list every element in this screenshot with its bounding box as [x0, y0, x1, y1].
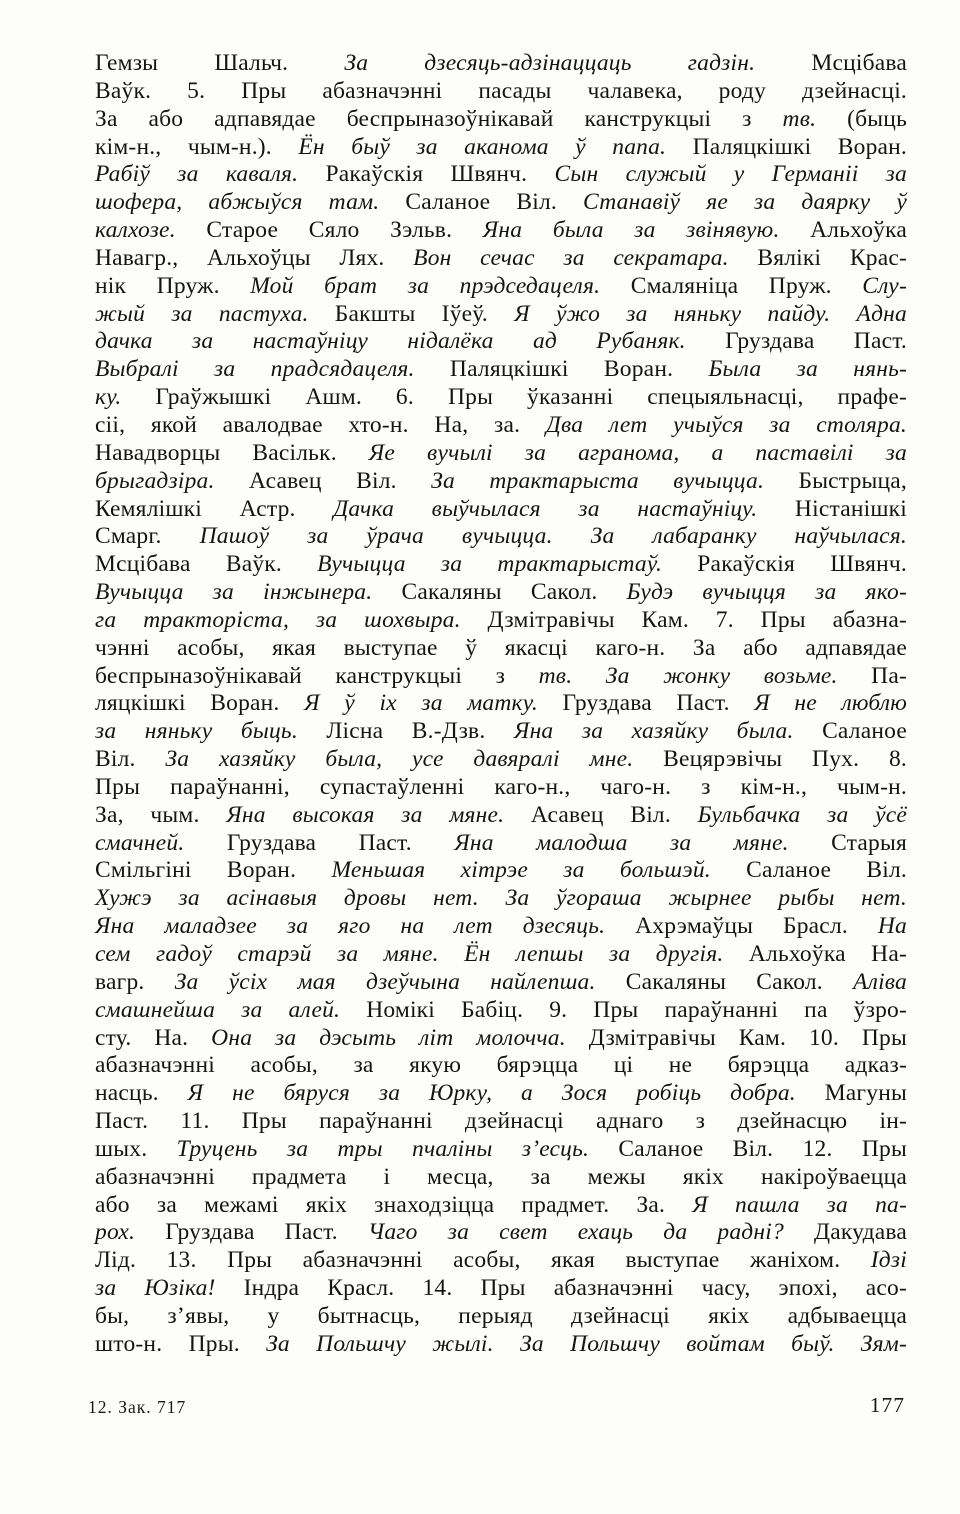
body-text: чэнні асобы, якая выступае ў якасці каго…: [95, 635, 907, 661]
example-text: За Польшчу жылі. За Польшчу войтам быў. …: [266, 1331, 907, 1357]
example-text: сем гадоў старэй за мяне. Ён лепшы за др…: [95, 941, 723, 967]
body-text: вагр.: [95, 969, 175, 995]
body-text: Дзмітравічы Кам. 7. Пры абазна-: [461, 607, 907, 633]
example-text: жый за пастуха.: [95, 301, 309, 327]
text-line: Навадворцы Васільк. Яе вучылі за аграном…: [95, 440, 907, 468]
body-text: Ракаўскія Швянч.: [662, 551, 907, 577]
body-text: што-н. Пры.: [95, 1331, 266, 1357]
body-text: шых.: [95, 1136, 177, 1162]
body-text: сту. На.: [95, 1025, 211, 1051]
body-text: Саланое: [794, 718, 907, 744]
text-line: Хужэ за асінавыя дровы нет. За ўгораша ж…: [95, 885, 907, 913]
body-text: Сакаляны Сакол.: [596, 969, 854, 995]
body-text: Індра Красл. 14. Пры абазначэнні часу, э…: [216, 1275, 907, 1301]
text-line: жый за пастуха. Бакшты Іўеў. Я ўжо за ня…: [95, 301, 907, 329]
example-text: Яна малодша за мяне.: [454, 830, 788, 856]
text-line: дачка за настаўніцу нідалёка ад Рубаняк.…: [95, 328, 907, 356]
text-line: кім-н., чым-н.). Ён быў за аканома ў пап…: [95, 134, 907, 162]
body-text: абазначэнні асобы, за якую бярэцца ці не…: [95, 1052, 907, 1078]
body-text: Мсцібава: [755, 50, 907, 76]
text-line: абазначэнні прадмета і месца, за межы як…: [95, 1164, 907, 1192]
text-line: нік Пруж. Мой брат за прэдседацеля. Смал…: [95, 273, 907, 301]
example-text: Меньшая хітрэе за большэй.: [331, 857, 710, 883]
body-text: Альхоўка На-: [723, 941, 907, 967]
example-text: брыгадзіра.: [95, 468, 215, 494]
text-line: За, чым. Яна высокая за мяне. Асавец Віл…: [95, 802, 907, 830]
text-line: Гемзы Шальч. За дзесяць-адзінаццаць гадз…: [95, 50, 907, 78]
example-text: За ўсіх мая дзеўчына найлепша.: [175, 969, 596, 995]
example-text: Хужэ за асінавыя дровы нет. За ўгораша ж…: [95, 885, 907, 911]
body-text: Ахрэмаўцы Брасл.: [605, 913, 878, 939]
example-text: Дачка выўчылася за настаўніцу.: [333, 496, 757, 522]
body-text: Пры параўнанні, супастаўленні каго-н., ч…: [95, 774, 907, 800]
text-line: беспрыназоўнікавай канструкцыі з тв. За …: [95, 663, 907, 691]
printers-mark: 12. Зак. 717: [88, 1397, 186, 1418]
text-line: рох. Груздава Паст. Чаго за свет ехаць д…: [95, 1219, 907, 1247]
body-text: Саланое Віл.: [379, 189, 583, 215]
body-text: За або адпавядае беспрыназоўнікавай канс…: [95, 106, 783, 132]
body-text: Навадворцы Васільк.: [95, 440, 369, 466]
body-text: Вецярэвічы Пух. 8.: [633, 746, 907, 772]
body-text: Лід. 13. Пры абазначэнні асобы, якая выс…: [95, 1247, 871, 1273]
example-text: Будэ вучыцця за яко-: [627, 579, 907, 605]
body-text: Гемзы Шальч.: [95, 50, 344, 76]
example-text: Станавіў яе за даярку ў: [583, 189, 907, 215]
example-text: тв.: [783, 106, 817, 132]
example-text: смашнейша за алей.: [95, 997, 340, 1023]
body-text: бы, з’явы, у бытнасць, перыяд дзейнасці …: [95, 1303, 907, 1329]
body-text: Ваўк. 5. Пры абазначэнні пасады чалавека…: [95, 78, 907, 104]
body-text: Вялікі Крас-: [729, 245, 907, 271]
example-text: га тракторіста, за шохвыра.: [95, 607, 461, 633]
text-line: За або адпавядае беспрыназоўнікавай канс…: [95, 106, 907, 134]
text-line: Пры параўнанні, супастаўленні каго-н., ч…: [95, 774, 907, 802]
body-text: Номікі Бабіц. 9. Пры параўнанні па ўзро-: [340, 997, 907, 1023]
page-footer: 12. Зак. 717 177: [88, 1393, 905, 1423]
example-text: Два лет учыўся за столяра.: [546, 412, 907, 438]
example-text: Слу-: [862, 273, 907, 299]
text-line: Паст. 11. Пры параўнанні дзейнасці аднаг…: [95, 1108, 907, 1136]
example-text: Мой брат за прэдседацеля.: [250, 273, 600, 299]
body-text: сіі, якой авалодвае хто-н. На, за.: [95, 412, 546, 438]
example-text: Яна за хазяйку была.: [514, 718, 794, 744]
text-line: Смарг. Пашоў за ўрача вучыцца. За лабара…: [95, 523, 907, 551]
example-text: За дзесяць-адзінаццаць гадзін.: [344, 50, 755, 76]
body-text: Саланое Віл.: [711, 857, 907, 883]
body-text: За, чым.: [95, 802, 226, 828]
example-text: На: [878, 913, 907, 939]
example-text: Вучыцца за трактарыстаў.: [317, 551, 662, 577]
example-text: Рабіў за каваля.: [95, 161, 298, 187]
text-line: смашнейша за алей. Номікі Бабіц. 9. Пры …: [95, 997, 907, 1025]
body-text: Смаляніца Пруж.: [600, 273, 862, 299]
body-text: Кемялішкі Астр.: [95, 496, 333, 522]
example-text: Пашоў за ўрача вучыцца. За лабаранку наў…: [200, 523, 907, 549]
example-text: ку.: [95, 384, 121, 410]
text-line: ляцкішкі Воран. Я ў іх за матку. Груздав…: [95, 690, 907, 718]
text-line: Смільгіні Воран. Меньшая хітрэе за больш…: [95, 857, 907, 885]
book-page: Гемзы Шальч. За дзесяць-адзінаццаць гадз…: [0, 0, 960, 1514]
example-text: Ён быў за аканома ў папа.: [298, 134, 666, 160]
body-text: Ракаўскія Швянч.: [298, 161, 554, 187]
text-line: насць. Я не бяруся за Юрку, а Зося робіц…: [95, 1080, 907, 1108]
body-text: Груздава Паст.: [538, 690, 754, 716]
body-text: Мсцібава Ваўк.: [95, 551, 317, 577]
text-line: Яна маладзее за яго на лет дзесяць. Ахрэ…: [95, 913, 907, 941]
example-text: За трактарыста вучыцца.: [431, 468, 764, 494]
text-line: га тракторіста, за шохвыра. Дзмітравічы …: [95, 607, 907, 635]
example-text: Я не люблю: [754, 690, 907, 716]
body-text: Магуны: [796, 1080, 907, 1106]
text-line: сіі, якой авалодвае хто-н. На, за. Два л…: [95, 412, 907, 440]
body-text: Віл.: [95, 746, 165, 772]
body-text: кім-н., чым-н.).: [95, 134, 298, 160]
text-line: або за межамі якіх знаходзіцца прадмет. …: [95, 1192, 907, 1220]
text-line: вагр. За ўсіх мая дзеўчына найлепша. Сак…: [95, 969, 907, 997]
example-text: рох.: [95, 1219, 135, 1245]
body-text: абазначэнні прадмета і месца, за межы як…: [95, 1164, 907, 1190]
body-text: Паляцкішкі Воран.: [666, 134, 907, 160]
example-text: калхозе.: [95, 217, 176, 243]
example-text: Чаго за свет ехаць да радні?: [368, 1219, 784, 1245]
example-text: Выбралі за прадсядацеля.: [95, 356, 415, 382]
body-text: Груздава Паст.: [135, 1219, 368, 1245]
body-text: Дакудава: [784, 1219, 907, 1245]
body-text: Бакшты Іўеў.: [309, 301, 515, 327]
page-number: 177: [870, 1393, 905, 1418]
text-line: шых. Труцень за тры пчаліны з’есць. Сала…: [95, 1136, 907, 1164]
body-text: насць.: [95, 1080, 188, 1106]
text-line: брыгадзіра. Асавец Віл. За трактарыста в…: [95, 468, 907, 496]
text-line: ку. Граўжышкі Ашм. 6. Пры ўказанні спецы…: [95, 384, 907, 412]
text-line: за няньку быць. Лісна В.-Дзв. Яна за хаз…: [95, 718, 907, 746]
text-line: Навагр., Альхоўцы Лях. Вон сечас за секр…: [95, 245, 907, 273]
text-line: сту. На. Она за дэсыть літ молочча. Дзмі…: [95, 1025, 907, 1053]
example-text: Яна маладзее за яго на лет дзесяць.: [95, 913, 605, 939]
example-text: тв. За жонку возьме.: [539, 663, 838, 689]
example-text: Аліва: [853, 969, 907, 995]
text-line: што-н. Пры. За Польшчу жылі. За Польшчу …: [95, 1331, 907, 1359]
example-text: Ідзі: [871, 1247, 907, 1273]
example-text: Яна была за звінявую.: [483, 217, 780, 243]
body-text: Ністанішкі: [757, 496, 907, 522]
text-line: Лід. 13. Пры абазначэнні асобы, якая выс…: [95, 1247, 907, 1275]
example-text: Труцень за тры пчаліны з’есць.: [177, 1136, 589, 1162]
body-text: Граўжышкі Ашм. 6. Пры ўказанні спецыяльн…: [121, 384, 907, 410]
example-text: дачка за настаўніцу нідалёка ад Рубаняк.: [95, 328, 686, 354]
body-text: ляцкішкі Воран.: [95, 690, 304, 716]
body-text: Смарг.: [95, 523, 200, 549]
text-line: Віл. За хазяйку была, усе давяралі мне. …: [95, 746, 907, 774]
text-line: шофера, абжыўся там. Саланое Віл. Станав…: [95, 189, 907, 217]
text-line: Мсцібава Ваўк. Вучыцца за трактарыстаў. …: [95, 551, 907, 579]
body-text: Саланое Віл. 12. Пры: [589, 1136, 907, 1162]
example-text: За хазяйку была, усе давяралі мне.: [165, 746, 633, 772]
text-line: Кемялішкі Астр. Дачка выўчылася за наста…: [95, 496, 907, 524]
text-line: Рабіў за каваля. Ракаўскія Швянч. Сын сл…: [95, 161, 907, 189]
body-text: Сакаляны Сакол.: [372, 579, 626, 605]
example-text: смачней.: [95, 830, 184, 856]
text-line: сем гадоў старэй за мяне. Ён лепшы за др…: [95, 941, 907, 969]
text-block: Гемзы Шальч. За дзесяць-адзінаццаць гадз…: [95, 50, 907, 1359]
text-line: абазначэнні асобы, за якую бярэцца ці не…: [95, 1052, 907, 1080]
text-line: смачней. Груздава Паст. Яна малодша за м…: [95, 830, 907, 858]
example-text: Вучыцца за інжынера.: [95, 579, 372, 605]
body-text: або за межамі якіх знаходзіцца прадмет. …: [95, 1192, 692, 1218]
example-text: Бульбачка за ўсё: [698, 802, 907, 828]
body-text: Лісна В.-Дзв.: [298, 718, 514, 744]
text-line: чэнні асобы, якая выступае ў якасці каго…: [95, 635, 907, 663]
body-text: Быстрыца,: [764, 468, 907, 494]
example-text: Вон сечас за секратара.: [413, 245, 729, 271]
body-text: Паст. 11. Пры параўнанні дзейнасці аднаг…: [95, 1108, 907, 1134]
example-text: Была за нянь-: [708, 356, 907, 382]
body-text: Навагр., Альхоўцы Лях.: [95, 245, 413, 271]
body-text: Асавец Віл.: [215, 468, 432, 494]
text-line: Вучыцца за інжынера. Сакаляны Сакол. Буд…: [95, 579, 907, 607]
body-text: Старыя: [789, 830, 907, 856]
text-line: Выбралі за прадсядацеля. Паляцкішкі Вора…: [95, 356, 907, 384]
body-text: Альхоўка: [780, 217, 907, 243]
body-text: Смільгіні Воран.: [95, 857, 331, 883]
text-line: калхозе. Старое Сяло Зэльв. Яна была за …: [95, 217, 907, 245]
body-text: Груздава Паст.: [184, 830, 454, 856]
example-text: шофера, абжыўся там.: [95, 189, 379, 215]
example-text: за няньку быць.: [95, 718, 298, 744]
example-text: Она за дэсыть літ молочча.: [211, 1025, 566, 1051]
example-text: Я ў іх за матку.: [304, 690, 538, 716]
example-text: Я ўжо за няньку пайду. Адна: [514, 301, 907, 327]
example-text: Яна высокая за мяне.: [226, 802, 504, 828]
body-text: Дзмітравічы Кам. 10. Пры: [566, 1025, 907, 1051]
example-text: Яе вучылі за агранома, а паставілі за: [369, 440, 907, 466]
body-text: (быць: [816, 106, 907, 132]
body-text: Груздава Паст.: [686, 328, 907, 354]
text-line: за Юзіка! Індра Красл. 14. Пры абазначэн…: [95, 1275, 907, 1303]
body-text: беспрыназоўнікавай канструкцыі з: [95, 663, 539, 689]
example-text: за Юзіка!: [95, 1275, 216, 1301]
example-text: Я пашла за па-: [692, 1192, 907, 1218]
body-text: Паляцкішкі Воран.: [415, 356, 709, 382]
body-text: Старое Сяло Зэльв.: [176, 217, 483, 243]
body-text: нік Пруж.: [95, 273, 250, 299]
example-text: Сын служый у Германіі за: [555, 161, 908, 187]
body-text: Асавец Віл.: [504, 802, 697, 828]
example-text: Я не бяруся за Юрку, а Зося робіць добра…: [188, 1080, 796, 1106]
body-text: Па-: [838, 663, 907, 689]
text-line: бы, з’явы, у бытнасць, перыяд дзейнасці …: [95, 1303, 907, 1331]
text-line: Ваўк. 5. Пры абазначэнні пасады чалавека…: [95, 78, 907, 106]
